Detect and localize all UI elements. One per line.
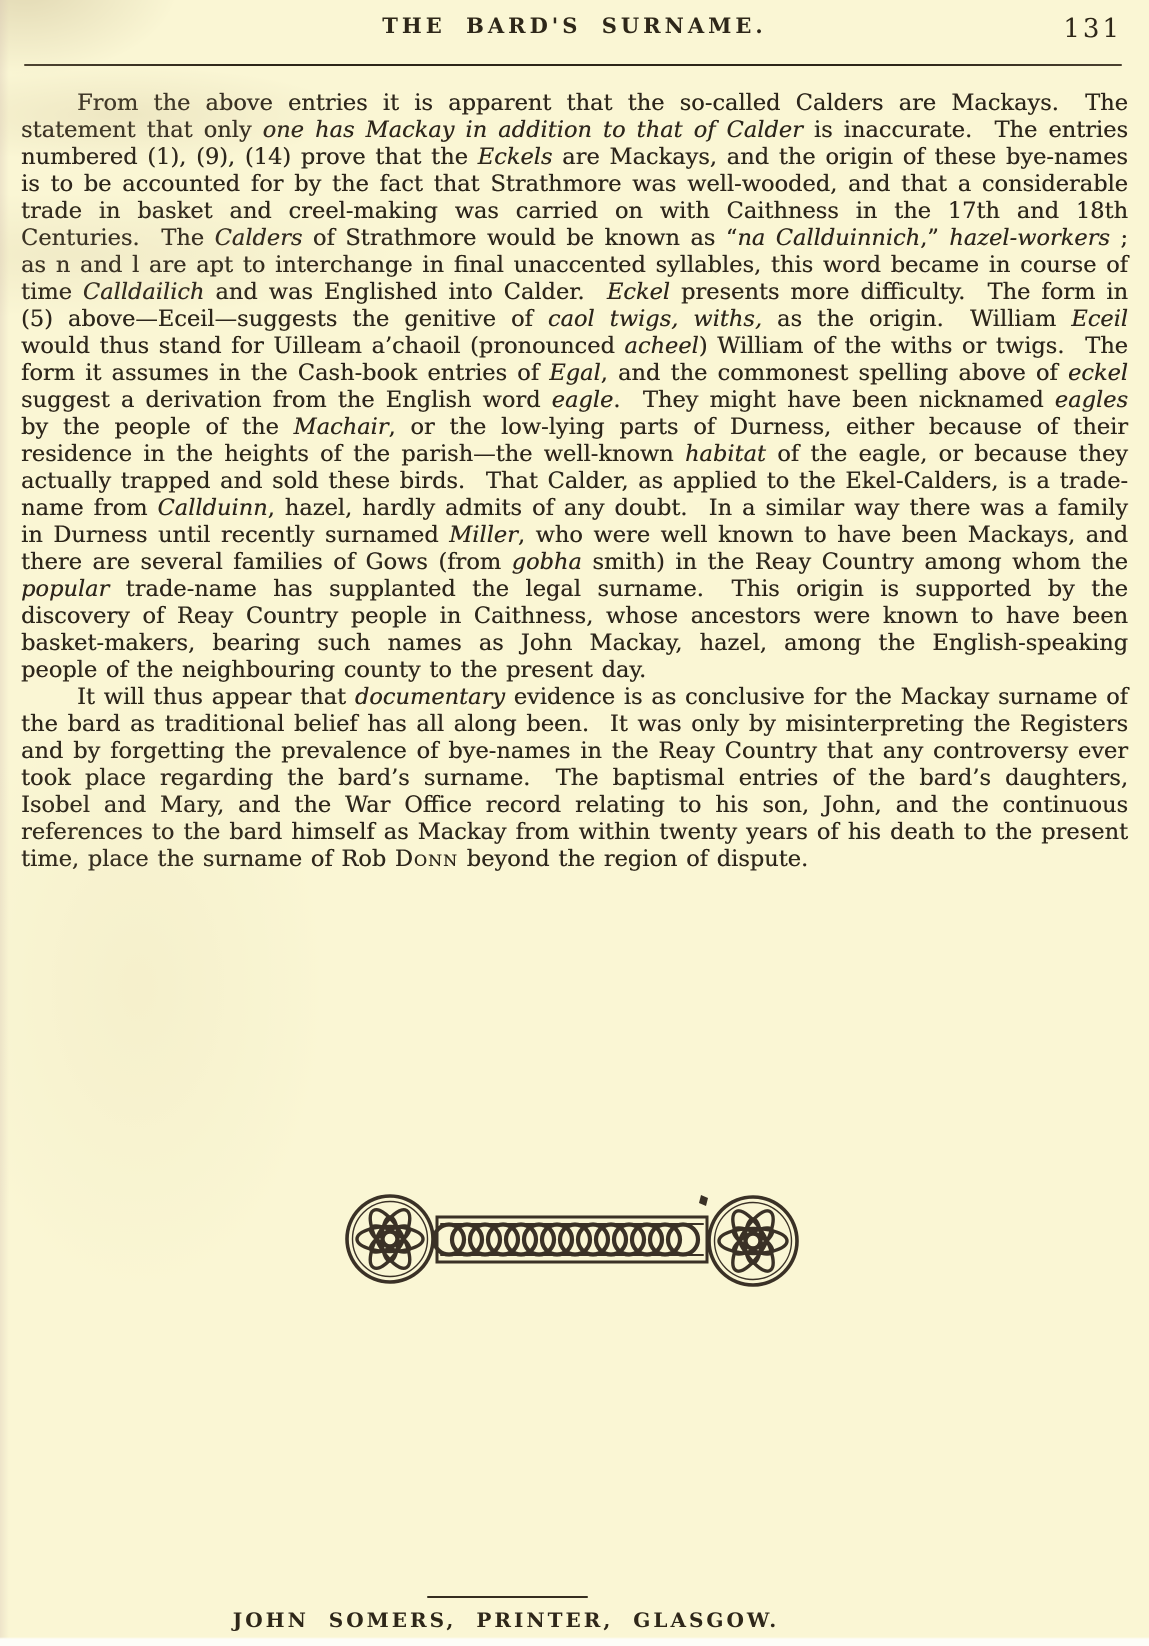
text-run: Miller	[449, 522, 518, 548]
text-run: eagles	[1055, 387, 1128, 413]
text-run: Eckels	[478, 144, 553, 170]
page-number: 131	[1063, 14, 1122, 44]
celtic-knot-ornament-icon	[345, 1188, 805, 1298]
text-run: popular	[21, 576, 109, 602]
text-run: , and the commonest spelling above of	[601, 360, 1068, 386]
text-run: Calldailich	[83, 279, 205, 305]
text-run: of Strathmore would be known as “	[302, 225, 737, 251]
paragraph-1: From the above entries it is apparent th…	[21, 90, 1128, 684]
text-run: would thus stand for Uilleam a’chaoil (p…	[21, 333, 624, 359]
running-title: THE BARD'S SURNAME.	[0, 13, 1149, 38]
printer-imprint: JOHN SOMERS, PRINTER, GLASGOW.	[0, 1608, 1012, 1632]
text-run: evidence is as conclusive for the Mackay…	[21, 684, 1128, 872]
ink-speck	[699, 1195, 708, 1206]
text-run: as the origin. William	[762, 306, 1071, 332]
text-run: ,”	[920, 225, 949, 251]
text-run: Calders	[215, 225, 303, 251]
text-run: Egal	[549, 360, 600, 386]
text-run: It will thus appear that	[77, 684, 355, 710]
text-run: documentary	[355, 684, 505, 710]
text-run: smith) in the Reay Country among whom th…	[582, 549, 1128, 575]
text-run: gobha	[512, 549, 582, 575]
right-medallion	[709, 1197, 797, 1285]
text-run: and was Englished into Calder.	[204, 279, 606, 305]
text-run: Callduinn	[157, 495, 267, 521]
interlace-band	[434, 1217, 707, 1262]
left-medallion	[347, 1196, 433, 1282]
text-run: hazel-workers	[949, 225, 1110, 251]
text-run: Eceil	[1071, 306, 1128, 332]
text-run: eckel	[1068, 360, 1128, 386]
footer-rule	[427, 1596, 588, 1598]
text-run: beyond the region of dispute.	[458, 846, 808, 872]
text-run: by the people of the	[21, 414, 294, 440]
text-run: caol twigs, withs,	[548, 306, 762, 332]
header-rule	[24, 64, 1122, 66]
book-page: THE BARD'S SURNAME. 131 From the above e…	[0, 0, 1149, 1646]
text-run: Donn	[395, 846, 458, 872]
paragraph-2: It will thus appear that documentary evi…	[21, 684, 1128, 873]
text-run: Machair	[294, 414, 389, 440]
text-run: habitat	[685, 441, 766, 467]
text-run: one has Mackay in addition to that of Ca…	[263, 117, 803, 143]
text-run: suggest a derivation from the English wo…	[21, 387, 552, 413]
page-body: From the above entries it is apparent th…	[21, 90, 1128, 873]
text-run: acheel	[624, 333, 698, 359]
text-run: trade-name has supplanted the legal surn…	[21, 576, 1128, 683]
text-run: eagle	[552, 387, 614, 413]
celtic-knot-svg	[345, 1188, 805, 1298]
text-run: . They might have been nicknamed	[613, 387, 1055, 413]
text-run: na Callduinnich	[737, 225, 920, 251]
text-run: Eckel	[607, 279, 670, 305]
